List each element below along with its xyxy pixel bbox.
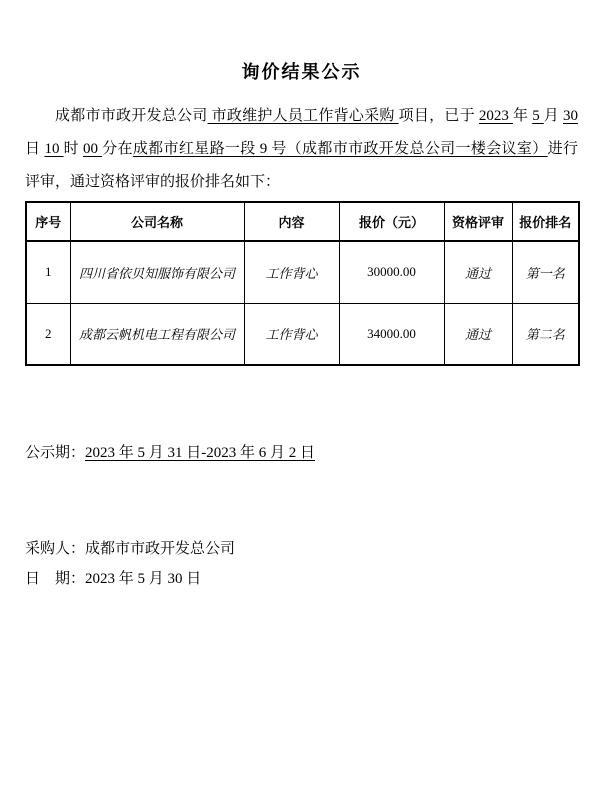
cell-serial-number: 1 xyxy=(26,241,70,303)
header-price-yuan: 报价（元） xyxy=(339,202,444,241)
intro-paragraph: 成都市市政开发总公司 市政维护人员工作背心采购 项目，已于 2023 年 5 月… xyxy=(25,100,578,199)
table-row: 2 成都云帆机电工程有限公司 工作背心 34000.00 通过 第二名 xyxy=(26,303,579,365)
text-segment: 项目，已于 xyxy=(399,108,479,124)
purchaser-label: 采购人： xyxy=(25,541,85,557)
text-segment: 日 xyxy=(25,141,44,157)
cell-price: 30000.00 xyxy=(339,241,444,303)
cell-rank: 第二名 xyxy=(512,303,579,365)
date-label: 日 期： xyxy=(25,571,85,587)
cell-company-name: 四川省依贝知服饰有限公司 xyxy=(70,241,244,303)
underlined-text-segment: 00 xyxy=(83,141,102,157)
publicity-period-value: 2023 年 5 月 31 日-2023 年 6 月 2 日 xyxy=(85,445,315,461)
page-title: 询价结果公示 xyxy=(0,58,603,84)
cell-content: 工作背心 xyxy=(244,241,339,303)
publicity-period-line: 公示期：2023 年 5 月 31 日-2023 年 6 月 2 日 xyxy=(25,441,315,462)
underlined-text-segment: 30 xyxy=(563,108,578,124)
purchaser-line: 采购人：成都市市政开发总公司 xyxy=(25,537,235,558)
text-segment: 年 xyxy=(513,108,532,124)
header-content: 内容 xyxy=(244,202,339,241)
cell-serial-number: 2 xyxy=(26,303,70,365)
header-qualification-review: 资格评审 xyxy=(444,202,512,241)
document-page: 询价结果公示 成都市市政开发总公司 市政维护人员工作背心采购 项目，已于 202… xyxy=(0,0,603,809)
underlined-text-segment: 5 xyxy=(532,108,544,124)
cell-review-result: 通过 xyxy=(444,303,512,365)
header-serial-number: 序号 xyxy=(26,202,70,241)
cell-company-name: 成都云帆机电工程有限公司 xyxy=(70,303,244,365)
header-price-rank: 报价排名 xyxy=(512,202,579,241)
underlined-text-segment: 10 xyxy=(44,141,63,157)
date-line: 日 期：2023 年 5 月 30 日 xyxy=(25,567,201,588)
cell-review-result: 通过 xyxy=(444,241,512,303)
text-segment: 成都市市政开发总公司 xyxy=(55,108,208,124)
underlined-text-segment: 市政维护人员工作背心采购 xyxy=(208,108,399,124)
text-segment: 月 xyxy=(544,108,563,124)
publicity-period-label: 公示期： xyxy=(25,445,85,461)
table-header-row: 序号 公司名称 内容 报价（元） 资格评审 报价排名 xyxy=(26,202,579,241)
text-segment: 分在 xyxy=(102,141,133,157)
date-value: 2023 年 5 月 30 日 xyxy=(85,571,201,587)
purchaser-value: 成都市市政开发总公司 xyxy=(85,541,235,557)
cell-rank: 第一名 xyxy=(512,241,579,303)
underlined-text-segment: 成都市红星路一段 9 号（成都市市政开发总公司一楼会议室） xyxy=(133,141,548,157)
underlined-text-segment: 2023 xyxy=(479,108,513,124)
header-company-name: 公司名称 xyxy=(70,202,244,241)
text-segment: 时 xyxy=(64,141,83,157)
table-row: 1 四川省依贝知服饰有限公司 工作背心 30000.00 通过 第一名 xyxy=(26,241,579,303)
quote-result-table: 序号 公司名称 内容 报价（元） 资格评审 报价排名 1 四川省依贝知服饰有限公… xyxy=(25,201,580,366)
cell-content: 工作背心 xyxy=(244,303,339,365)
cell-price: 34000.00 xyxy=(339,303,444,365)
